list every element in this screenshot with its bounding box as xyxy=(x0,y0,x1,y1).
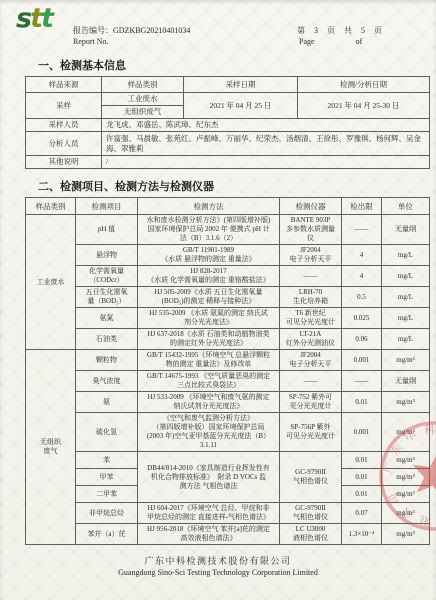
method-cell: HJ 505-2009《水质 五日生化需氧量 (BOD₅)的测定 稀释与接种法》 xyxy=(138,287,280,308)
detection-limit-cell: 0.025 xyxy=(342,308,382,329)
basic-info-table: 样品来源 样品类别 采样日期 检测/分析日期 采样 工业废水 2021 年 04… xyxy=(25,76,430,169)
unit-cell: mg/L xyxy=(382,287,430,308)
logo-letter: s xyxy=(16,3,30,34)
sample-type-cell: 工业废水 xyxy=(26,215,76,350)
report-number-block: 报告编号：GDZKBG20210401034 Report No. xyxy=(73,25,190,47)
instrument-cell: SP-752 紫外可 见分光光度计 xyxy=(280,392,342,413)
test-item-cell: 化学需氧量 （CODcr） xyxy=(76,266,138,287)
report-number-label-en: Report No. xyxy=(73,36,190,47)
unit-cell: mg/L xyxy=(382,245,430,266)
detection-limit-cell: 0.01 xyxy=(342,392,382,413)
instrument-cell: GC-9790II 气相色谱仪 xyxy=(280,503,342,524)
test-items-table: 样品类别 检测项目 检测方法 检测仪器 检出限 单位 工业废水 pH 值 水和废… xyxy=(25,197,430,545)
sampling-date-cell: 2021 年 04 月 25 日 xyxy=(184,93,298,119)
footer-company-cn: 广东中科检测技术股份有限公司 xyxy=(0,554,436,567)
method-cell: HJ 535-2009 《水质 氨氮的测定 纳氏试 剂分光光度法》 xyxy=(138,308,280,329)
method-cell: DB44/814-2010《家具制造行业挥发性有 机化合物排放标准》 附录 D … xyxy=(138,452,280,503)
row-value-cell: 龙飞成、邓盛岳、陈武璋、纪东杰 xyxy=(102,119,430,132)
instrument-cell: —— xyxy=(280,266,342,287)
page-word: 第 xyxy=(297,25,305,36)
page-total: 5 xyxy=(361,25,365,36)
instrument-cell: GC-9790II 气相色谱仪 xyxy=(280,452,342,503)
column-header: 检测仪器 xyxy=(280,198,342,215)
test-item-cell: 非甲烷总烃 xyxy=(76,503,138,524)
column-header: 检测方法 xyxy=(138,198,280,215)
page-indicator: 第3页共5页 Pageof xyxy=(297,25,391,47)
row-label-cell: 分析人员 xyxy=(26,132,102,156)
test-item-cell: 五日生化需氧 量（BOD₅） xyxy=(76,287,138,308)
unit-cell: mg/L xyxy=(382,308,430,329)
column-header: 检测项目 xyxy=(76,198,138,215)
instrument-cell: JF2004 电子分析天平 xyxy=(280,350,342,371)
unit-cell: mg/m³ xyxy=(382,452,430,469)
detection-limit-cell: 4 xyxy=(342,266,382,287)
method-cell: HJ 828-2017 《水质 化学需氧量的测定 重铬酸盐法》 xyxy=(138,266,280,287)
unit-cell: mg/m³ xyxy=(382,392,430,413)
page-word: 页 xyxy=(327,25,335,36)
row-value-cell: 许富强、马晨敏、张苑红、卢振峰、万丽华、纪荣杰、汤烟清、王徐彤、罗豫琪、杨何辉、… xyxy=(102,132,430,156)
report-number-label: 报告编号： xyxy=(73,26,113,35)
instrument-cell: LC U3000 液相色谱仪 xyxy=(280,524,342,545)
column-header: 样品类别 xyxy=(26,198,76,215)
footer: 广东中科检测技术股份有限公司 Guangdong Sino-Sci Testin… xyxy=(0,554,436,577)
instrument-cell: SP-756P 紫外 可见分光光度计 xyxy=(280,413,342,452)
method-cell: GB/T 15432-1995《环境空气 总悬浮颗粒 物的测定 重量法》及修改单 xyxy=(138,350,280,371)
report-number: GDZKBG20210401034 xyxy=(113,26,190,35)
test-item-cell: 悬浮物 xyxy=(76,245,138,266)
column-header: 检出限 xyxy=(342,198,382,215)
logo-letter: t xyxy=(41,3,52,34)
detection-limit-cell: 0.06 xyxy=(342,329,382,350)
analysis-date-cell: 2021 年 04 月 25-30 日 xyxy=(298,93,430,119)
instrument-cell: T6 新世纪 可见分光光度计 xyxy=(280,308,342,329)
section2-title: 二、检测项目、检测方法与检测仪器 xyxy=(38,178,436,194)
detection-limit-cell: —— xyxy=(342,215,382,245)
document-body: 一、检测基本信息 样品来源 样品类别 采样日期 检测/分析日期 采样 工业废水 … xyxy=(0,57,436,577)
unit-cell: mg/m³ xyxy=(382,413,430,452)
row-value-cell: / xyxy=(102,156,430,169)
detection-limit-cell: 1.3×10⁻⁴ xyxy=(342,524,382,545)
footer-company-en: Guangdong Sino-Sci Testing Technology Co… xyxy=(0,568,436,577)
detection-limit-cell: —— xyxy=(342,371,382,392)
sample-source-cell: 采样 xyxy=(26,93,102,119)
logo-letter: t xyxy=(30,3,41,34)
detection-limit-cell: 0.01 xyxy=(342,452,382,469)
test-item-cell: 臭气浓度 xyxy=(76,371,138,392)
detection-limit-cell: 0.001 xyxy=(342,413,382,452)
method-cell: 水和废水检测分析方法》(第四版增补版) 国家环境保护总局 2002 年 便携式 … xyxy=(138,215,280,245)
test-item-cell: 二甲苯 xyxy=(76,486,138,503)
page-label-en: Page xyxy=(299,37,315,46)
column-header: 采样日期 xyxy=(184,77,298,93)
of-label-en: of xyxy=(356,37,363,46)
page-number: 3 xyxy=(314,25,318,36)
section1-title: 一、检测基本信息 xyxy=(38,57,436,73)
column-header: 样品类别 xyxy=(102,77,184,93)
test-item-cell: 颗粒物 xyxy=(76,350,138,371)
page-word: 共 xyxy=(344,25,352,36)
test-item-cell: 苯并（a）芘 xyxy=(76,524,138,545)
unit-cell: mg/m³ xyxy=(382,486,430,503)
instrument-cell: JF2004 电子分析天平 xyxy=(280,245,342,266)
stt-logo: stt xyxy=(16,5,52,32)
detection-limit-cell: 0.001 xyxy=(342,350,382,371)
method-cell: 《空气和废气监测分析方法》 （第四版增补版）国家环境保护总局 (2003 年)空… xyxy=(138,413,280,452)
method-cell: GB/T 14675-1993 《空气质量恶臭的测定 三点比较式臭袋法》 xyxy=(138,371,280,392)
test-item-cell: 甲苯 xyxy=(76,469,138,486)
method-cell: HJ 533-2009 《环境空气和废气氨的测定 纳氏试剂分光光度法》 xyxy=(138,392,280,413)
page-word: 页 xyxy=(374,25,382,36)
detection-limit-cell: 0.07 xyxy=(342,503,382,524)
detection-limit-cell: 0.01 xyxy=(342,469,382,486)
test-item-cell: pH 值 xyxy=(76,215,138,245)
unit-cell: mg/L xyxy=(382,266,430,287)
unit-cell: 无量纲 xyxy=(382,215,430,245)
test-item-cell: 硫化氢 xyxy=(76,413,138,452)
test-item-cell: 氨 xyxy=(76,392,138,413)
sample-type-cell: 无组织 废气 xyxy=(26,350,76,545)
column-header: 检测/分析日期 xyxy=(298,77,430,93)
detection-limit-cell: 0.5 xyxy=(342,287,382,308)
method-cell: HJ 637-2018《水质 石油类和动植物油类 的测定红外分光光度法》 xyxy=(138,329,280,350)
unit-cell: mg/m³ xyxy=(382,350,430,371)
unit-cell: mg/L xyxy=(382,329,430,350)
instrument-cell: LT-21A 红外分光测油仪 xyxy=(280,329,342,350)
method-cell: HJ 604-2017《环境空气 总烃、甲烷和非 甲烷总烃的测定 直接进样-气相… xyxy=(138,503,280,524)
instrument-cell: —— xyxy=(280,371,342,392)
detection-limit-cell: 4 xyxy=(342,245,382,266)
row-label-cell: 采样人员 xyxy=(26,119,102,132)
method-cell: GB/T 11901-1989 《水质 悬浮物的测定 重量法》 xyxy=(138,245,280,266)
sample-category-cell: 工业废水 xyxy=(102,93,184,106)
unit-cell: mg/m³ xyxy=(382,524,430,545)
unit-cell: 无量纲 xyxy=(382,371,430,392)
instrument-cell: LRH-70 生化培养箱 xyxy=(280,287,342,308)
sample-category-cell: 无组织废气 xyxy=(102,106,184,119)
row-label-cell: 其他说明 xyxy=(26,156,102,169)
unit-cell: mg/m³ xyxy=(382,469,430,486)
instrument-cell: BANTE 903P 多参数水质测量 仪 xyxy=(280,215,342,245)
test-item-cell: 石油类 xyxy=(76,329,138,350)
detection-limit-cell: 0.01 xyxy=(342,486,382,503)
unit-cell: mg/m³ xyxy=(382,503,430,524)
column-header: 单位 xyxy=(382,198,430,215)
method-cell: HJ 956-2018《环境空气 苯并[a]芘的测定 高效液相色谱法》 xyxy=(138,524,280,545)
test-item-cell: 苯 xyxy=(76,452,138,469)
column-header: 样品来源 xyxy=(26,77,102,93)
test-item-cell: 氨氮 xyxy=(76,308,138,329)
